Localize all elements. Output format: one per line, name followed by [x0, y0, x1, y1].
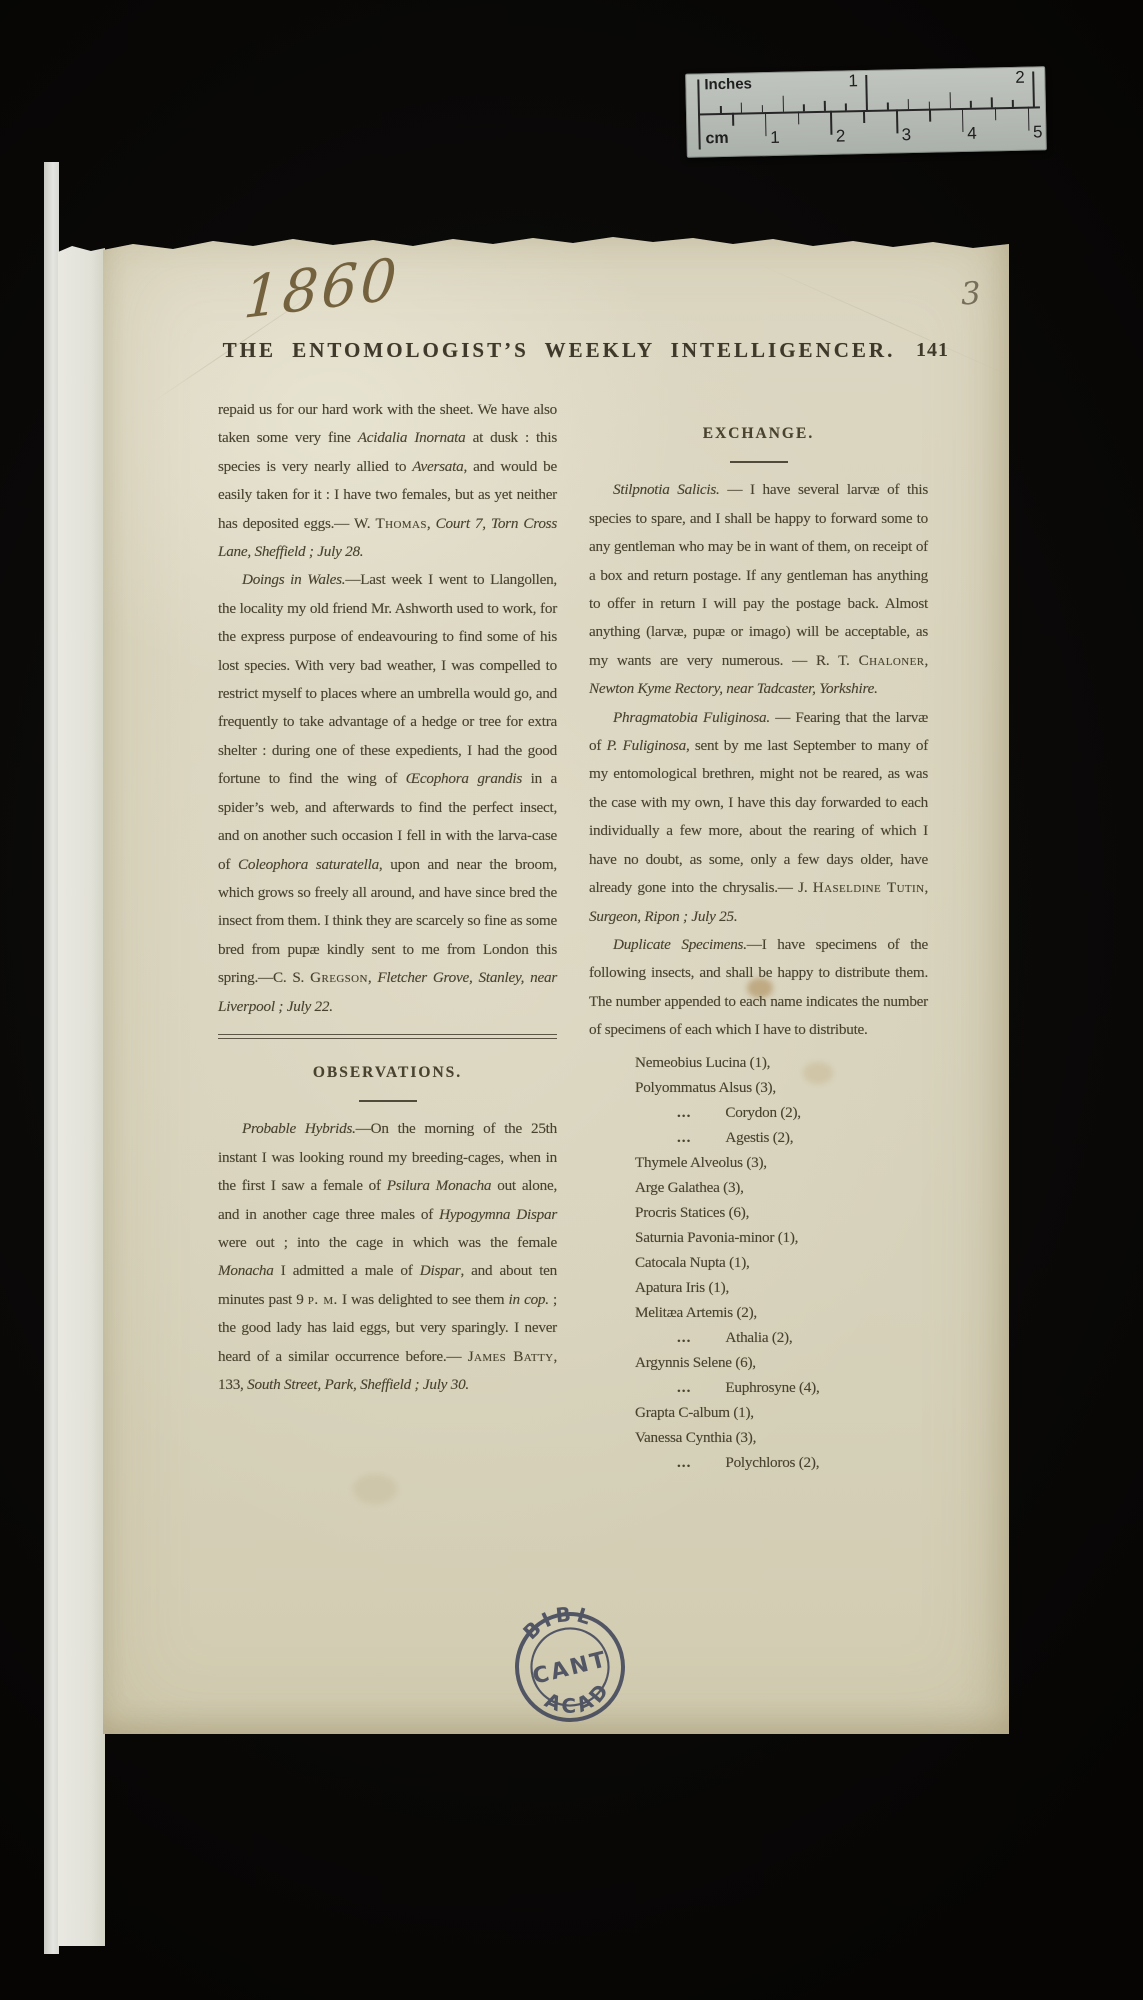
italic-text: Newton Kyme Rectory, near Tadcaster, Yor… [589, 680, 878, 697]
ruler-tick [949, 92, 951, 108]
ditto-mark: ... [589, 1129, 691, 1146]
small-caps-name: Chaloner [859, 652, 925, 669]
italic-text: Stilpnotia Salicis. [613, 481, 720, 498]
italic-text: Dispar [420, 1262, 461, 1279]
species-name: Athalia (2), [691, 1329, 792, 1346]
body-text: I admitted a male of [274, 1262, 420, 1279]
divider-rule [218, 1034, 557, 1039]
ruler-tick [732, 113, 734, 126]
species-item: Melitæa Artemis (2), [589, 1300, 928, 1325]
species-name: Agestis (2), [691, 1129, 793, 1146]
small-caps-name: Gregson [310, 969, 368, 986]
species-item: Argynnis Selene (6), [589, 1350, 928, 1375]
ruler-tick [845, 103, 847, 110]
species-item: ...Athalia (2), [589, 1325, 928, 1350]
ditto-mark: ... [589, 1104, 691, 1121]
ruler-inches-label: Inches [704, 75, 752, 93]
section-heading: EXCHANGE. [589, 420, 928, 448]
folio-page-number: 141 [916, 339, 949, 362]
italic-text: in cop. [509, 1291, 549, 1308]
body-text: I was delighted to see them [338, 1291, 509, 1308]
species-list: Nemeobius Lucina (1),Polyommatus Alsus (… [589, 1050, 928, 1475]
species-item: Arge Galathea (3), [589, 1175, 928, 1200]
italic-text: Psilura Monacha [387, 1177, 492, 1194]
species-item: Nemeobius Lucina (1), [589, 1050, 928, 1075]
ruler-tick [970, 101, 972, 108]
ruler-tick [928, 102, 930, 109]
italic-text: Monacha [218, 1262, 274, 1279]
ruler-tick [798, 111, 800, 124]
ruler-tick [991, 97, 993, 107]
ruler-number: 2 [1015, 69, 1025, 86]
ruler-tick [865, 75, 867, 110]
right-text-column: EXCHANGE.Stilpnotia Salicis. — I have se… [589, 400, 928, 1475]
species-name: Polychloros (2), [691, 1454, 819, 1471]
italic-text: Doings in Wales. [242, 571, 345, 588]
species-item: ...Corydon (2), [589, 1100, 928, 1125]
italic-text: Duplicate Specimens. [613, 936, 747, 953]
fore-edge-strip [44, 162, 59, 1954]
species-item: Grapta C-album (1), [589, 1400, 928, 1425]
page-stain [353, 1474, 397, 1504]
small-caps-name: Haseldine Tutin [813, 879, 925, 896]
italic-text: South Street, Park, Sheffield ; July 30. [247, 1376, 469, 1393]
species-item: Procris Statices (6), [589, 1200, 928, 1225]
italic-text: Œcophora grandis [406, 770, 522, 787]
body-text: , [368, 969, 378, 986]
species-item: Thymele Alveolus (3), [589, 1150, 928, 1175]
ruler-tick [995, 107, 997, 120]
species-item: Vanessa Cynthia (3), [589, 1425, 928, 1450]
italic-text: Coleophora saturatella [238, 856, 379, 873]
ruler-number: 5 [1033, 123, 1043, 140]
body-text: , [427, 515, 436, 532]
italic-text: Acidalia Inornata [358, 429, 466, 446]
paragraph: Doings in Wales.—Last week I went to Lla… [218, 566, 557, 1021]
running-header: THE ENTOMOLOGIST’S WEEKLY INTELLIGENCER.… [215, 338, 949, 368]
ruler-tick [720, 106, 722, 113]
ruler-tick [782, 96, 784, 112]
ruler-tick [962, 108, 964, 132]
body-text: — I have several larvæ of this species t… [589, 481, 928, 668]
ruler-tick [863, 110, 865, 123]
ruler-tick [765, 112, 767, 136]
ruler-tick [907, 99, 909, 109]
ruler-cm-label: cm [705, 130, 728, 148]
ruler-tick [761, 105, 763, 112]
short-rule [359, 1100, 417, 1102]
svg-text:BIBL: BIBL [515, 1594, 602, 1648]
italic-text: Aversata [412, 458, 463, 475]
body-text: were out ; into the cage in which was th… [218, 1234, 557, 1251]
ditto-mark: ... [589, 1379, 691, 1396]
ruler-tick [896, 109, 898, 133]
body-text: , sent by me last September to many of m… [589, 737, 928, 896]
ditto-mark: ... [589, 1329, 691, 1346]
italic-text: Phragmatobia Fuliginosa. [613, 709, 770, 726]
journal-page: 1860 3 THE ENTOMOLOGIST’S WEEKLY INTELLI… [103, 234, 1009, 1734]
library-stamp: BIBL CANT ACAD [496, 1593, 644, 1741]
body-text: , [924, 879, 928, 896]
paragraph: Duplicate Specimens.—I have specimens of… [589, 931, 928, 1045]
ruler-tick [741, 103, 743, 113]
ruler-tick [887, 103, 889, 110]
paragraph: Stilpnotia Salicis. — I have several lar… [589, 476, 928, 703]
ruler-number: 1 [848, 72, 858, 89]
italic-text: Hypogymna Dispar [439, 1206, 557, 1223]
species-item: Catocala Nupta (1), [589, 1250, 928, 1275]
ruler-number: 4 [967, 125, 977, 142]
species-item: ...Polychloros (2), [589, 1450, 928, 1475]
species-item: Saturnia Pavonia-minor (1), [589, 1225, 928, 1250]
species-item: ...Agestis (2), [589, 1125, 928, 1150]
ruler-tick [1032, 71, 1034, 106]
ruler-number: 3 [901, 126, 911, 143]
paragraph: repaid us for our hard work with the she… [218, 396, 557, 566]
species-item: Apatura Iris (1), [589, 1275, 928, 1300]
ruler-tick [1027, 107, 1029, 131]
small-caps-name: James Batty [468, 1348, 554, 1365]
backing-page-strip [58, 246, 105, 1946]
short-rule [730, 461, 788, 463]
ruler-number: 2 [836, 127, 846, 144]
corner-page-number: 3 [960, 276, 982, 313]
species-name: Euphrosyne (4), [691, 1379, 819, 1396]
ditto-mark: ... [589, 1454, 691, 1471]
scanned-document-photo: Inches cm 1212345 1860 3 THE ENTOMOLOGIS… [0, 0, 1143, 2000]
small-caps-name: Thomas [375, 515, 426, 532]
ruler-midline [698, 106, 1040, 115]
journal-title: THE ENTOMOLOGIST’S WEEKLY INTELLIGENCER. [215, 338, 949, 363]
body-text: , upon and near the broom, which grows s… [218, 856, 557, 987]
ruler-tick [830, 111, 832, 135]
small-caps-name: p. m. [308, 1291, 338, 1308]
paragraph: Probable Hybrids.—On the morning of the … [218, 1115, 557, 1399]
measurement-ruler: Inches cm 1212345 [685, 66, 1047, 158]
paragraph: Phragmatobia Fuliginosa. — Fearing that … [589, 704, 928, 931]
species-name: Corydon (2), [691, 1104, 800, 1121]
ruler-tick [929, 109, 931, 122]
body-text: —Last week I went to Llangollen, the loc… [218, 571, 557, 787]
section-heading: OBSERVATIONS. [218, 1059, 557, 1087]
species-item: ...Euphrosyne (4), [589, 1375, 928, 1400]
ruler-tick [824, 101, 826, 111]
handwritten-year: 1860 [242, 246, 401, 332]
body-text: , [924, 652, 928, 669]
ruler-tick [803, 104, 805, 111]
stamp-text-top: BIBL [515, 1594, 602, 1648]
italic-text: Surgeon, Ripon ; July 25. [589, 908, 737, 925]
species-item: Polyommatus Alsus (3), [589, 1075, 928, 1100]
ruler-tick [1012, 100, 1014, 107]
left-text-column: repaid us for our hard work with the she… [218, 396, 557, 1399]
ruler-number: 1 [770, 129, 780, 146]
italic-text: P. Fuliginosa [607, 737, 686, 754]
italic-text: Probable Hybrids. [242, 1120, 356, 1137]
